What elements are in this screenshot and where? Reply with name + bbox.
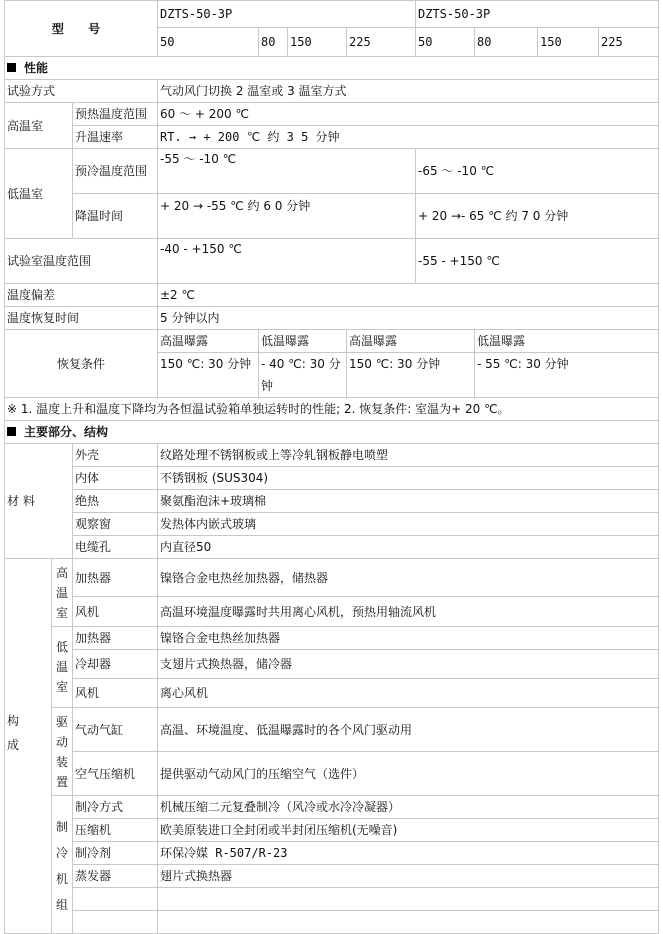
spec-table: 型 号 DZTS-50-3P DZTS-50-3P 50 80 150 225 …	[4, 0, 659, 892]
square-bullet-icon	[7, 427, 16, 436]
size-b-50: 50	[416, 28, 475, 57]
component-value: 提供驱动气动风门的压缩空气（选件）	[158, 752, 659, 796]
material-label: 外壳	[73, 444, 158, 467]
component-value: 欧美原装进口全封闭或半封闭压缩机(无噪音)	[158, 819, 659, 842]
size-a-80: 80	[259, 28, 288, 57]
material-value: 纹路处理不锈钢板或上等冷轧钢板静电喷塑	[158, 444, 659, 467]
component-label: 制冷方式	[73, 796, 158, 819]
recovery-b-low-value: - 55 ℃: 30 分钟	[475, 353, 659, 398]
component-value: 镍铬合金电热丝加热器	[158, 627, 659, 650]
material-value: 不锈钢板 (SUS304)	[158, 467, 659, 490]
section-title: 主要部分、结构	[24, 425, 108, 439]
deviation-value: ±2 ℃	[158, 284, 659, 307]
component-label: 制冷剂	[73, 842, 158, 865]
material-value: 内直径50	[158, 536, 659, 559]
component-value: 翅片式换热器	[158, 865, 659, 888]
material-label: 观察窗	[73, 513, 158, 536]
precool-range-value-b: -65 ～ -10 ℃	[416, 149, 659, 194]
size-b-80: 80	[475, 28, 538, 57]
drive-label: 驱动装置	[52, 708, 73, 796]
component-value: 环保冷媒 R-507/R-23	[158, 842, 659, 865]
high-chamber-label: 高温室	[52, 559, 73, 627]
section-structure: 主要部分、结构	[5, 421, 659, 444]
size-a-50: 50	[158, 28, 259, 57]
model-b: DZTS-50-3P	[416, 1, 659, 28]
component-value-cutoff	[158, 888, 659, 893]
chamber-range-value-b: -55 - +150 ℃	[416, 239, 659, 284]
model-a: DZTS-50-3P	[158, 1, 416, 28]
recovery-a-high-label: 高温曝露	[158, 330, 259, 353]
component-label: 加热器	[73, 559, 158, 597]
component-label: 加热器	[73, 627, 158, 650]
material-label: 内体	[73, 467, 158, 490]
composition-label-1: 构	[7, 709, 49, 733]
section-title: 性能	[24, 61, 48, 75]
component-value: 镍铬合金电热丝加热器，储热器	[158, 559, 659, 597]
recovery-time-value: 5 分钟以内	[158, 307, 659, 330]
component-label: 风机	[73, 679, 158, 708]
materials-label: 材 料	[5, 444, 73, 559]
recovery-a-low-value: - 40 ℃: 30 分钟	[259, 353, 347, 398]
component-value: 离心风机	[158, 679, 659, 708]
heat-rate-label: 升温速率	[73, 126, 158, 149]
material-label: 电缆孔	[73, 536, 158, 559]
component-label: 蒸发器	[73, 865, 158, 888]
chamber-range-value-a: -40 - +150 ℃	[158, 239, 416, 284]
heat-rate-value: RT. → + 200 ℃ 约 3 5 分钟	[158, 126, 659, 149]
recovery-cond-label: 恢复条件	[5, 330, 158, 398]
test-method-label: 试验方式	[5, 80, 158, 103]
component-value: 机械压缩二元复叠制冷（风冷或水冷冷凝器）	[158, 796, 659, 819]
low-temp-label: 低温室	[5, 149, 73, 239]
precool-range-value-a: -55 ～ -10 ℃	[158, 149, 416, 194]
component-label: 气动气缸	[73, 708, 158, 752]
preheat-range-label: 预热温度范围	[73, 103, 158, 126]
composition-label: 构成	[5, 559, 52, 893]
refrigeration-label: 制冷机组	[52, 796, 73, 893]
component-value: 支翅片式换热器，储冷器	[158, 650, 659, 679]
recovery-time-label: 温度恢复时间	[5, 307, 158, 330]
material-value: 聚氨酯泡沫+玻璃棉	[158, 490, 659, 513]
recovery-a-low-label: 低温曝露	[259, 330, 347, 353]
size-a-150: 150	[288, 28, 347, 57]
square-bullet-icon	[7, 63, 16, 72]
component-label: 压缩机	[73, 819, 158, 842]
component-value: 高温、环境温度、低温曝露时的各个风门驱动用	[158, 708, 659, 752]
component-label: 冷却器	[73, 650, 158, 679]
test-method-value: 气动风门切换 2 温室或 3 温室方式	[158, 80, 659, 103]
preheat-range-value: 60 ～ + 200 ℃	[158, 103, 659, 126]
component-label: 空气压缩机	[73, 752, 158, 796]
deviation-label: 温度偏差	[5, 284, 158, 307]
cool-time-value-b: + 20 →- 65 ℃ 约 7 0 分钟	[416, 194, 659, 239]
precool-range-label: 预冷温度范围	[73, 149, 158, 194]
size-b-225: 225	[599, 28, 659, 57]
chamber-range-label: 试验室温度范围	[5, 239, 158, 284]
component-value: 高温环境温度曝露时共用离心风机，预热用轴流风机	[158, 597, 659, 627]
performance-note: ※ 1. 温度上升和温度下降均为各恒温试验箱单独运转时的性能; 2. 恢复条件:…	[5, 398, 659, 421]
component-label: 风机	[73, 597, 158, 627]
material-value: 发热体内嵌式玻璃	[158, 513, 659, 536]
high-temp-label: 高温室	[5, 103, 73, 149]
recovery-a-high-value: 150 ℃: 30 分钟	[158, 353, 259, 398]
recovery-b-low-label: 低温曝露	[475, 330, 659, 353]
material-label: 绝热	[73, 490, 158, 513]
cool-time-value-a: + 20 → -55 ℃ 约 6 0 分钟	[158, 194, 416, 239]
low-chamber-label: 低温室	[52, 627, 73, 708]
size-b-150: 150	[538, 28, 599, 57]
cool-time-label: 降温时间	[73, 194, 158, 239]
model-label: 型 号	[5, 1, 158, 57]
component-label-cutoff	[73, 888, 158, 893]
size-a-225: 225	[347, 28, 416, 57]
recovery-b-high-label: 高温曝露	[347, 330, 475, 353]
recovery-b-high-value: 150 ℃: 30 分钟	[347, 353, 475, 398]
section-performance: 性能	[5, 57, 659, 80]
composition-label-2: 成	[7, 733, 49, 757]
